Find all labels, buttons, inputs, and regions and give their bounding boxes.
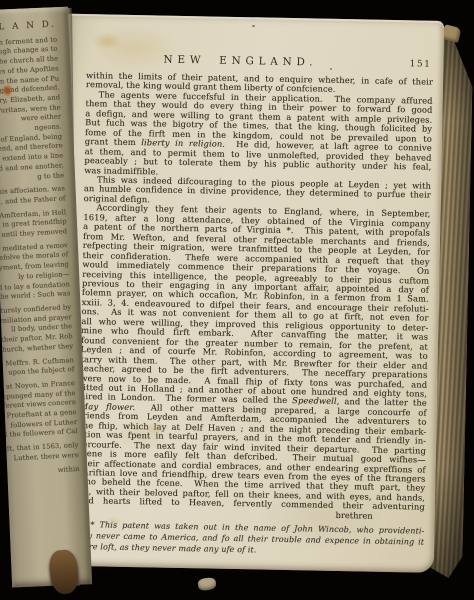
- book-photo: NEW ENGLAND. 151 within the limits of th…: [0, 0, 474, 600]
- running-title: NEW ENGLAND.: [87, 52, 393, 70]
- facing-page-text: L A N D.ffing much ferment and toa thoro…: [0, 21, 80, 481]
- body-text: within the limits of their patent, and t…: [78, 71, 433, 522]
- footnote-lines: * This patent was taken out in the name …: [77, 519, 425, 559]
- footnote: * This patent was taken out in the name …: [77, 519, 425, 559]
- page-number: 151: [410, 59, 432, 69]
- ink-speck: [252, 25, 255, 27]
- text-segment: were loft, as they never made any ufe of…: [77, 542, 257, 554]
- body-lines: within the limits of their patent, and t…: [78, 71, 433, 512]
- text-line: L A N D.: [0, 21, 57, 37]
- page-bottom-curl: [197, 577, 216, 591]
- ink-speck: [330, 68, 332, 70]
- right-page: NEW ENGLAND. 151 within the limits of th…: [58, 14, 445, 573]
- page-header: NEW ENGLAND. 151: [87, 52, 433, 73]
